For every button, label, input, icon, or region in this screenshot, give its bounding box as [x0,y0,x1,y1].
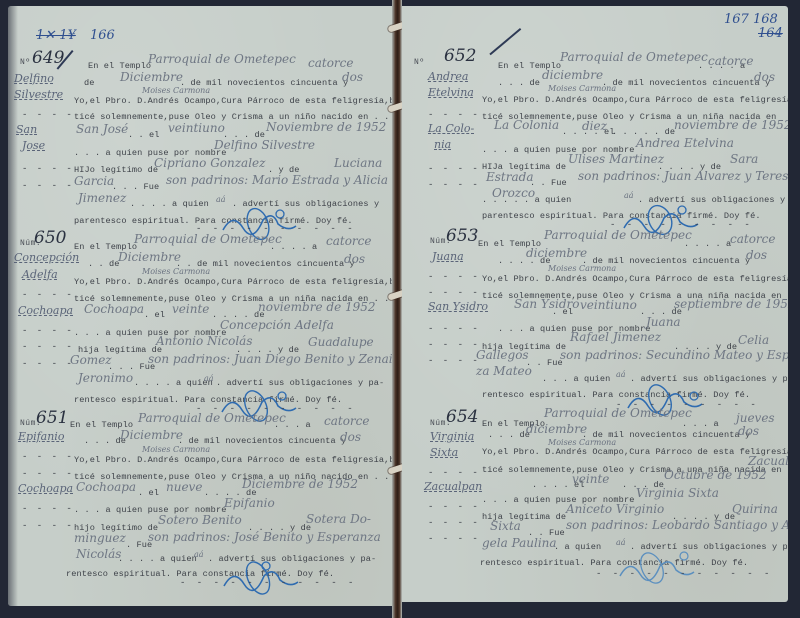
margin-dash: - - - - [22,110,74,120]
margin-name: Virginia [430,430,474,443]
typed-line: de [84,78,95,88]
handwritten-birth-date: Diciembre de 1952 [242,477,358,491]
handwritten-birth-day: veintiuno [168,121,225,135]
typed-line: . . . . a quien [130,199,209,209]
handwritten-temple: Parroquial de Ometepec [138,411,286,425]
handwritten-mother-last: Gomez [70,353,112,367]
handwritten-month: Diciembre [120,428,183,442]
margin-name: Epifanio [18,430,64,443]
typed-line: Yo,el Pbro. D.Andrés Ocampo,Cura Párroco… [482,274,788,284]
folio-value: 167 168 [724,12,778,27]
check-slash-mark [489,28,521,55]
handwritten-father: Sotero Benito [158,513,242,527]
margin-place: La Colo- [428,122,474,135]
folio-number: 1✕ 1¥ 166 [36,28,115,43]
handwritten-mother-last: Garcia [74,174,114,188]
handwritten-godparents: son padrinos: José Benito y Esperanza [148,530,381,544]
typed-line: . el [552,307,573,317]
handwritten-priest-correction: Moises Carmona [548,84,616,93]
entry-number: 652 [444,46,476,66]
typed-line: . . . . a quien [118,554,197,564]
handwritten-father: Ulises Martinez [568,152,664,166]
typed-line: Yo,el Pbro. D.Andrés Ocampo,Cura Párroco… [74,96,392,106]
handwritten-given-name: Concepción Adelfa [220,318,334,332]
margin-dash: - - - - [428,356,480,366]
typed-line: rentesco espiritual. Para constancia fir… [480,558,748,568]
handwritten-year: dos [344,252,365,266]
typed-line: Yo,el Pbro. D.Andrés Ocampo,Cura Párroco… [74,455,392,465]
typed-line: . . . . a [684,239,731,249]
margin-dash: - - - - [428,324,480,334]
folio-number: 167 168 [724,12,778,27]
priest-signature [220,556,300,598]
typed-line: . de mil novecientos cincuenta y [602,78,770,88]
signature-line: - - - - - - - - - - - [180,578,356,588]
handwritten-priest-correction: Moises Carmona [548,264,616,273]
handwritten-godparent-last: Jeronimo [78,371,133,385]
handwritten-day: catorce [326,234,371,248]
typed-line: Yo,el Pbro. D.Andrés Ocampo,Cura Párroco… [74,277,392,287]
handwritten-godparents: son padrinos: Leobardo Santiago y An- [566,518,788,532]
entry-number: 650 [34,228,66,248]
handwritten-mother: Luciana [334,156,382,170]
handwritten-place: La Colonia [494,118,559,132]
handwritten-birth-day: veinte [572,472,609,486]
typed-line: . . . a [682,419,719,429]
handwritten-mother: Sotera Do- [306,512,371,526]
struck-folio-value: 164 [758,26,783,41]
margin-dash: - - - - [428,110,480,120]
margin-dash: - - - - [22,521,74,531]
handwritten-birth-day: nueve [166,480,202,494]
margin-dash: - - - - [428,534,480,544]
handwritten-day: catorce [730,232,775,246]
margin-dash: - - - - [22,504,74,514]
margin-name: Andrea [428,70,468,83]
handwritten-month: diciembre [526,246,587,260]
struck-folio: 1✕ 1¥ [36,28,76,43]
handwritten-temple: Parroquial de Ometepec [544,406,692,420]
margin-dash: - - - - [22,359,74,369]
handwritten-year: dos [746,248,767,262]
margin-name: Concepción [14,251,79,264]
handwritten-birth-day: veinte [172,302,209,316]
margin-place: Zacualpan [424,480,482,493]
handwritten-birth-date: noviembre de 1952 [674,118,788,132]
handwritten-month: Diciembre [120,70,183,84]
signature-line: - - - - - - - - - - - [596,569,772,579]
book-spine [392,0,402,618]
handwritten-birth-date: septiembre de 1952 [674,297,788,311]
handwritten-mother-last: Sixta [490,519,521,533]
margin-dash: - - - - [22,452,74,462]
handwritten-godparent-last: gela Paulina [482,536,557,550]
handwritten-priest-correction: Moises Carmona [142,445,210,454]
handwritten-godparent-last: Jimenez [78,191,126,205]
typed-line: Yo,el Pbro. D.Andrés Ocampo,Cura Párroco… [482,447,788,457]
handwritten-day: catorce [708,54,753,68]
margin-place: nia [434,138,451,151]
typed-line: . el [144,310,165,320]
typed-line: . . de [88,259,120,269]
typed-line: . . el [128,130,160,140]
handwritten-priest-correction: Moises Carmona [548,438,616,447]
margin-dash: - - - - [22,469,74,479]
handwritten-mother: Guadalupe [308,335,374,349]
margin-place: San [16,123,37,136]
handwritten-father: Rafael Jimenez [570,330,661,344]
typed-line: Yo,el Pbro. D.Andrés Ocampo,Cura Párroco… [482,95,788,105]
handwritten-given-name: Delfino Silvestre [214,138,315,152]
handwritten-godparent-last: za Mateo [476,364,532,378]
margin-name: Delfino [14,72,54,85]
typed-line: . . Fue [530,178,567,188]
margin-dash: - - - - [428,288,480,298]
margin-name: Sixta [430,446,458,459]
entry-number: 653 [446,226,478,246]
handwritten-godparents: son padrinos: Juan Alvarez y Teresa [578,169,788,183]
entry-number-label: Nº [20,58,31,67]
handwritten-mother: Quirina [732,502,778,516]
handwritten-given-name: Epifanio [224,496,275,510]
handwritten-place: Cochoapa [84,302,144,316]
margin-dash: - - - - [22,181,74,191]
handwritten-given-name: Andrea Etelvina [636,136,734,150]
handwritten-month: Diciembre [118,250,181,264]
margin-place: Cochoapa [18,304,73,317]
handwritten-birth-date: Octubre de 1952 [664,468,767,482]
handwritten-godparents: son padrinos: Secundino Mateo y Esperan- [560,348,788,362]
handwritten-temple: Parroquial de Ometepec [134,232,282,246]
margin-name: Juana [432,250,464,263]
handwritten-given-name: Juana [646,315,681,329]
handwritten-year: dos [342,70,363,84]
handwritten-month: diciembre [526,422,587,436]
entry-number: 651 [36,408,68,428]
handwritten-father: Aniceto Virginio [566,502,664,516]
typed-line: . . . . . a quien [482,195,571,205]
margin-place: San Ysidro [428,300,488,313]
typed-line: . el [138,488,159,498]
margin-dash: - - - - [428,468,480,478]
handwritten-day: catorce [308,56,353,70]
margin-dash: - - - - [428,502,480,512]
handwritten-godparents: son padrinos: Mario Estrada y Alicia [166,173,388,187]
handwritten-mother-last: Gallegos [476,348,529,362]
typed-line: . . . a quien [542,374,610,384]
register-book: 1✕ 1¥ 166 Nº 649 Delfino Silvestre - - -… [0,0,800,618]
margin-dash: - - - - [428,518,480,528]
typed-line: . a quien [554,542,601,552]
margin-dash: - - - - [22,326,74,336]
handwritten-mother-last: minguez [74,531,126,545]
left-page: 1✕ 1¥ 166 Nº 649 Delfino Silvestre - - -… [8,6,392,606]
typed-line: rentesco espiritual. Para constancia fir… [482,390,750,400]
entry-number: 654 [446,407,478,427]
handwritten-place: Cochoapa [76,480,136,494]
handwritten-place: Zacualpan [748,454,788,468]
handwritten-godparents: son padrinos: Juan Diego Benito y Zenaid… [148,352,392,366]
handwritten-father: Cipriano Gonzalez [154,156,265,170]
priest-signature [616,546,696,588]
margin-name: Etelvina [428,86,474,99]
handwritten-pronoun: aá [194,550,204,559]
handwritten-godparent-last: Nicolás [76,547,121,561]
handwritten-mother: Celia [738,333,769,347]
handwritten-mother: Sara [730,152,758,166]
typed-line: . . . de [488,430,530,440]
margin-dash: - - - - [22,342,74,352]
handwritten-birth-day: veintiuno [580,298,637,312]
handwritten-place: San José [76,122,128,136]
handwritten-year: dos [738,424,759,438]
handwritten-temple: Parroquial de Ometepec [148,52,296,66]
struck-folio: 164 [758,26,783,41]
handwritten-year: dos [340,430,361,444]
folio-value: 166 [90,28,115,43]
margin-place: Cochoapa [18,482,73,495]
handwritten-temple: Parroquial de Ometepec [544,228,692,242]
typed-line: . . . de [498,78,540,88]
margin-name: Silvestre [14,88,63,101]
handwritten-priest-correction: Moises Carmona [142,86,210,95]
handwritten-day: jueves [736,411,775,425]
margin-dash: - - - - [428,340,480,350]
handwritten-month: diciembre [542,68,603,82]
margin-name: Adelfa [22,268,58,281]
margin-dash: - - - - [428,180,480,190]
margin-place: Jose [22,139,45,152]
handwritten-mother-last: Estrada [486,170,533,184]
handwritten-given-name: Virginia Sixta [636,486,719,500]
handwritten-pronoun: aá [204,374,214,383]
right-page: 167 168 164 Nº 652 Andrea Etelvina - - -… [402,6,788,602]
handwritten-birth-day: diez [582,119,607,133]
handwritten-year: dos [754,70,775,84]
margin-dash: - - - - [22,164,74,174]
handwritten-priest-correction: Moises Carmona [142,267,210,276]
typed-line: . . . a [274,420,311,430]
margin-dash: - - - - [428,272,480,282]
typed-line: . . . . a [270,242,317,252]
typed-line: . . . . a quien [134,378,213,388]
entry-number-label: Nº [414,58,425,67]
margin-dash: - - - - [428,164,480,174]
handwritten-temple: Parroquial de Ometepec [560,50,708,64]
handwritten-birth-date: Noviembre de 1952 [266,120,386,134]
handwritten-day: catorce [324,414,369,428]
handwritten-birth-date: noviembre de 1952 [258,300,376,314]
margin-dash: - - - - [22,290,74,300]
